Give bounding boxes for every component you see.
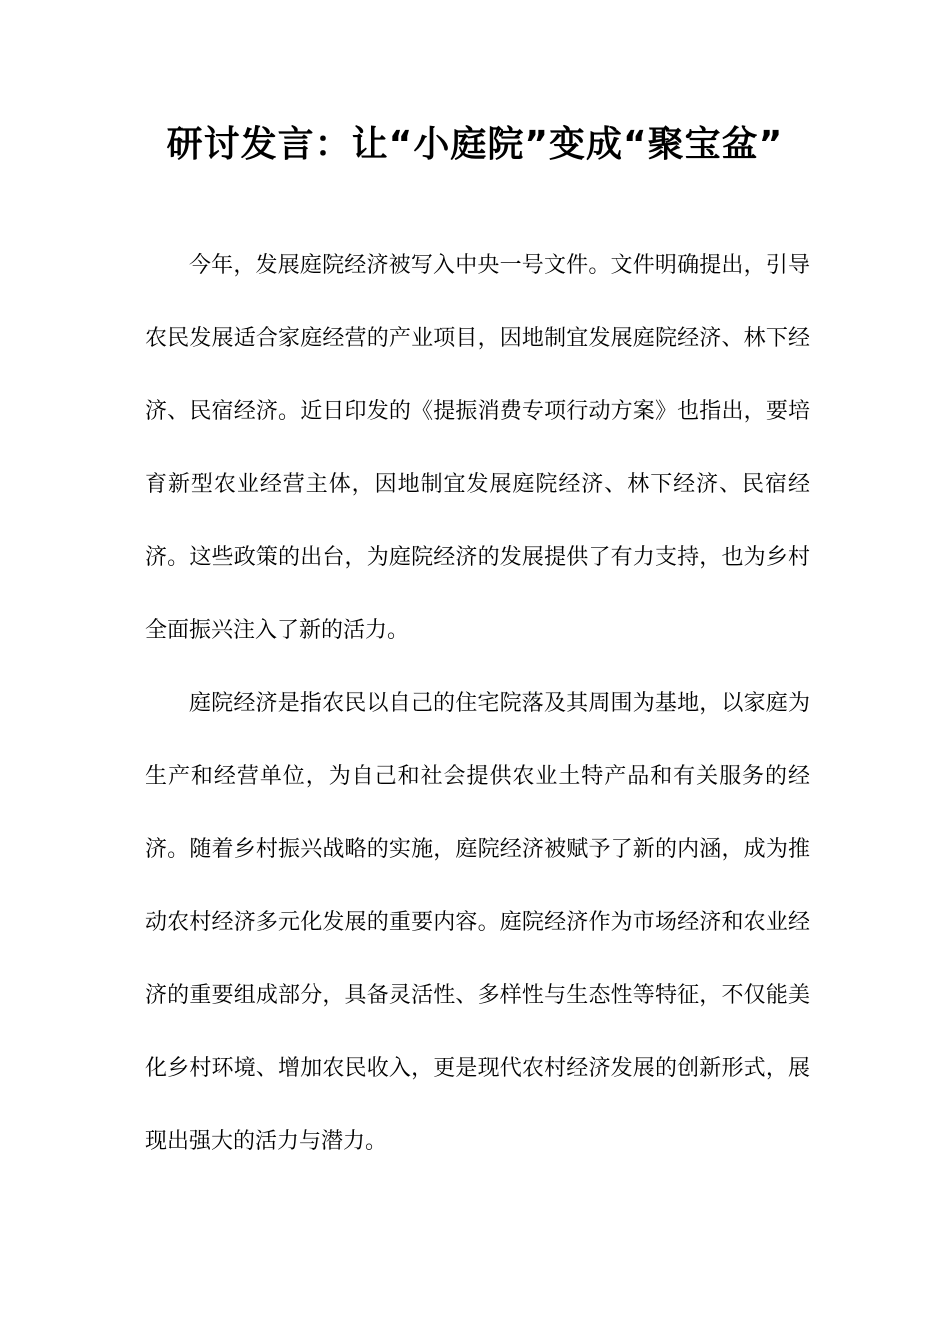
paragraph-2: 庭院经济是指农民以自己的住宅院落及其周围为基地，以家庭为生产和经营单位，为自己和… bbox=[145, 667, 810, 1178]
document-body: 今年，发展庭院经济被写入中央一号文件。文件明确提出，引导农民发展适合家庭经营的产… bbox=[145, 229, 810, 1178]
document-page: 研讨发言：让“小庭院”变成“聚宝盆” 今年，发展庭院经济被写入中央一号文件。文件… bbox=[0, 0, 950, 1344]
paragraph-1: 今年，发展庭院经济被写入中央一号文件。文件明确提出，引导农民发展适合家庭经营的产… bbox=[145, 229, 810, 667]
document-title: 研讨发言：让“小庭院”变成“聚宝盆” bbox=[0, 120, 950, 170]
